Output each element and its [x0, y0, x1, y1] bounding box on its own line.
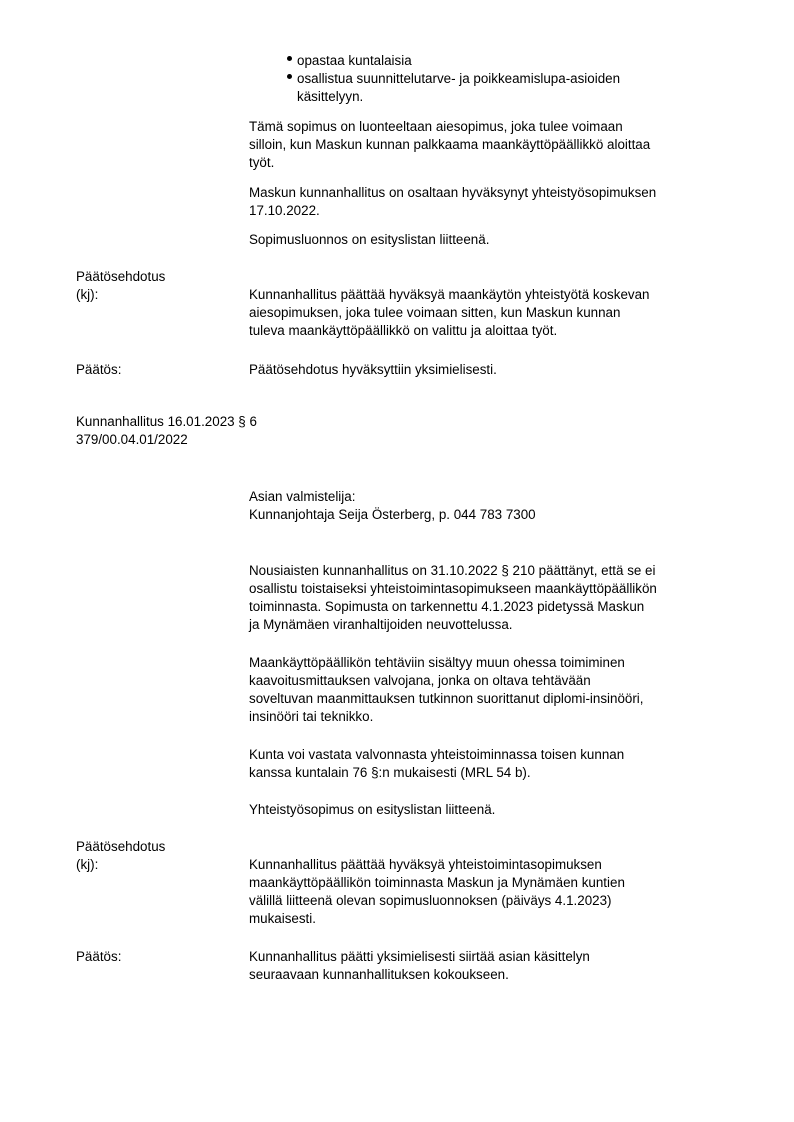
- bullet-icon: [287, 56, 292, 61]
- meeting-header: Kunnanhallitus 16.01.2023 § 6 379/00.04.…: [76, 413, 257, 449]
- proposal-label-2: Päätösehdotus (kj):: [76, 838, 165, 874]
- bullet-item: opastaa kuntalaisia: [297, 52, 412, 70]
- decision-label-2: Päätös:: [76, 948, 121, 966]
- proposal-text-2: Kunnanhallitus päättää hyväksyä yhteisto…: [249, 856, 744, 928]
- decision-text: Päätösehdotus hyväksyttiin yksimielisest…: [249, 361, 744, 379]
- proposal-label: Päätösehdotus (kj):: [76, 268, 165, 304]
- decision-label: Päätös:: [76, 361, 121, 379]
- paragraph-duties: Maankäyttöpäällikön tehtäviin sisältyy m…: [249, 654, 744, 726]
- bullet-item: osallistua suunnittelutarve- ja poikkeam…: [297, 70, 620, 106]
- bullet-icon: [287, 74, 292, 79]
- proposal-text: Kunnanhallitus päättää hyväksyä maankäyt…: [249, 286, 744, 340]
- paragraph-masku-approval: Maskun kunnanhallitus on osaltaan hyväks…: [249, 184, 744, 220]
- paragraph-nousiainen: Nousiaisten kunnanhallitus on 31.10.2022…: [249, 562, 744, 634]
- paragraph-attachment: Sopimusluonnos on esityslistan liitteenä…: [249, 231, 744, 249]
- paragraph-supervision: Kunta voi vastata valvonnasta yhteistoim…: [249, 746, 744, 782]
- paragraph-attachment-2: Yhteistyösopimus on esityslistan liittee…: [249, 801, 744, 819]
- decision-text-2: Kunnanhallitus päätti yksimielisesti sii…: [249, 948, 744, 984]
- preparer-info: Asian valmistelija: Kunnanjohtaja Seija …: [249, 488, 744, 524]
- paragraph-nature: Tämä sopimus on luonteeltaan aiesopimus,…: [249, 118, 744, 172]
